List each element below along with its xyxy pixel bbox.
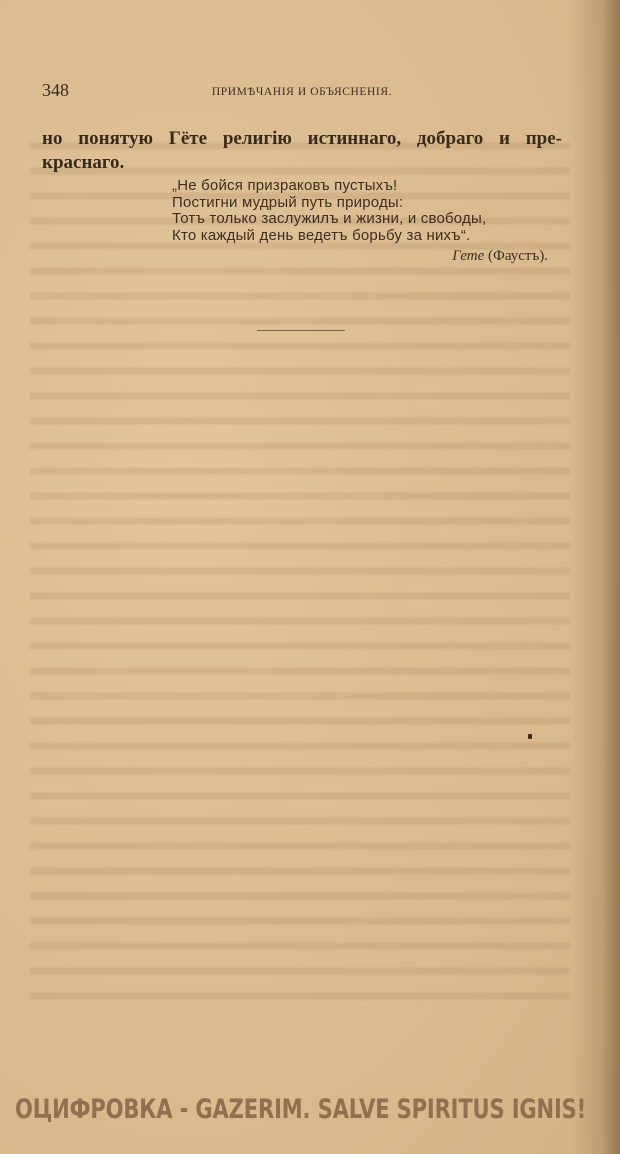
poem-line: Тотъ только заслужилъ и жизни, и свободы… bbox=[172, 211, 532, 228]
body-line: но понятую Гёте религію истиннаго, добра… bbox=[42, 127, 562, 151]
body-paragraph: но понятую Гёте религію истиннаго, добра… bbox=[42, 127, 562, 175]
attribution-author: Гете bbox=[452, 248, 484, 264]
poem-quote: „Не бойся призраковъ пустыхъ! Постигни м… bbox=[172, 178, 532, 244]
poem-line: Кто каждый день ведетъ борьбу за нихъ“. bbox=[172, 228, 532, 245]
ink-speck bbox=[528, 734, 532, 739]
body-line: краснаго. bbox=[42, 151, 562, 175]
page-header: 348 ПРИМѢЧАНІЯ И ОБЪЯСНЕНІЯ. bbox=[42, 80, 562, 104]
poem-line: „Не бойся призраковъ пустыхъ! bbox=[172, 178, 532, 195]
attribution-source: (Фаустъ). bbox=[488, 248, 548, 264]
book-page: 348 ПРИМѢЧАНІЯ И ОБЪЯСНЕНІЯ. но понятую … bbox=[0, 0, 620, 1154]
digitization-watermark: ОЦИФРОВКА - GAZERIM. SALVE SPIRITUS IGNI… bbox=[15, 1094, 586, 1125]
running-title: ПРИМѢЧАНІЯ И ОБЪЯСНЕНІЯ. bbox=[42, 86, 562, 98]
poem-line: Постигни мудрый путь природы: bbox=[172, 195, 532, 212]
section-divider bbox=[257, 330, 345, 331]
poem-attribution: Гете (Фаустъ). bbox=[452, 248, 548, 265]
